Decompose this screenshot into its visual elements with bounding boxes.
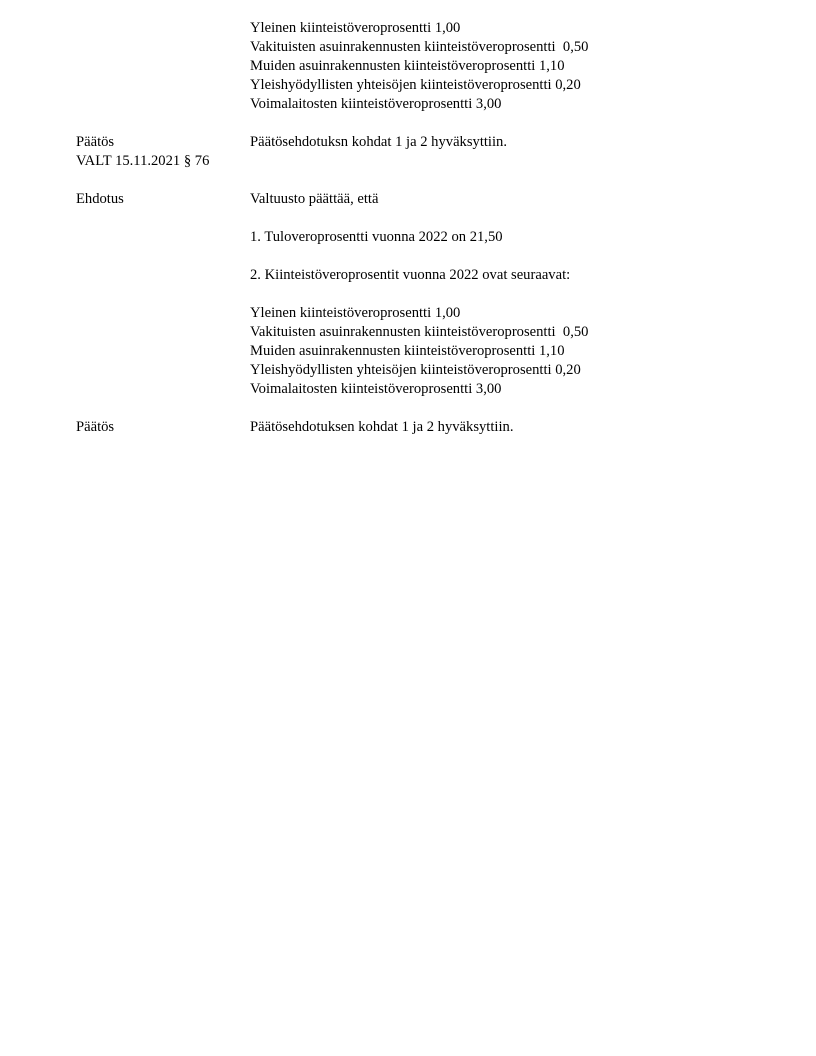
proposal-rate-line: Muiden asuinrakennusten kiinteistöveropr… — [250, 342, 565, 361]
proposal-label: Ehdotus — [76, 190, 124, 209]
prior-rate-line: Voimalaitosten kiinteistöveroprosentti 3… — [250, 95, 501, 114]
prior-rate-line: Vakituisten asuinrakennusten kiinteistöv… — [250, 38, 588, 57]
prior-rate-line: Yleishyödyllisten yhteisöjen kiinteistöv… — [250, 76, 581, 95]
decision-text: Päätösehdotuksn kohdat 1 ja 2 hyväksytti… — [250, 133, 507, 152]
prior-rate-line: Yleinen kiinteistöveroprosentti 1,00 — [250, 19, 460, 38]
decision-text: Päätösehdotuksen kohdat 1 ja 2 hyväksytt… — [250, 418, 513, 437]
decision-reference: VALT 15.11.2021 § 76 — [76, 152, 209, 171]
proposal-intro: Valtuusto päättää, että — [250, 190, 378, 209]
proposal-item-1: 1. Tuloveroprosentti vuonna 2022 on 21,5… — [250, 228, 503, 247]
decision-label: Päätös — [76, 133, 114, 152]
proposal-item-2: 2. Kiinteistöveroprosentit vuonna 2022 o… — [250, 266, 570, 285]
decision-label: Päätös — [76, 418, 114, 437]
proposal-rate-line: Voimalaitosten kiinteistöveroprosentti 3… — [250, 380, 501, 399]
proposal-rate-line: Yleishyödyllisten yhteisöjen kiinteistöv… — [250, 361, 581, 380]
proposal-rate-line: Yleinen kiinteistöveroprosentti 1,00 — [250, 304, 460, 323]
prior-rate-line: Muiden asuinrakennusten kiinteistöveropr… — [250, 57, 565, 76]
proposal-rate-line: Vakituisten asuinrakennusten kiinteistöv… — [250, 323, 588, 342]
